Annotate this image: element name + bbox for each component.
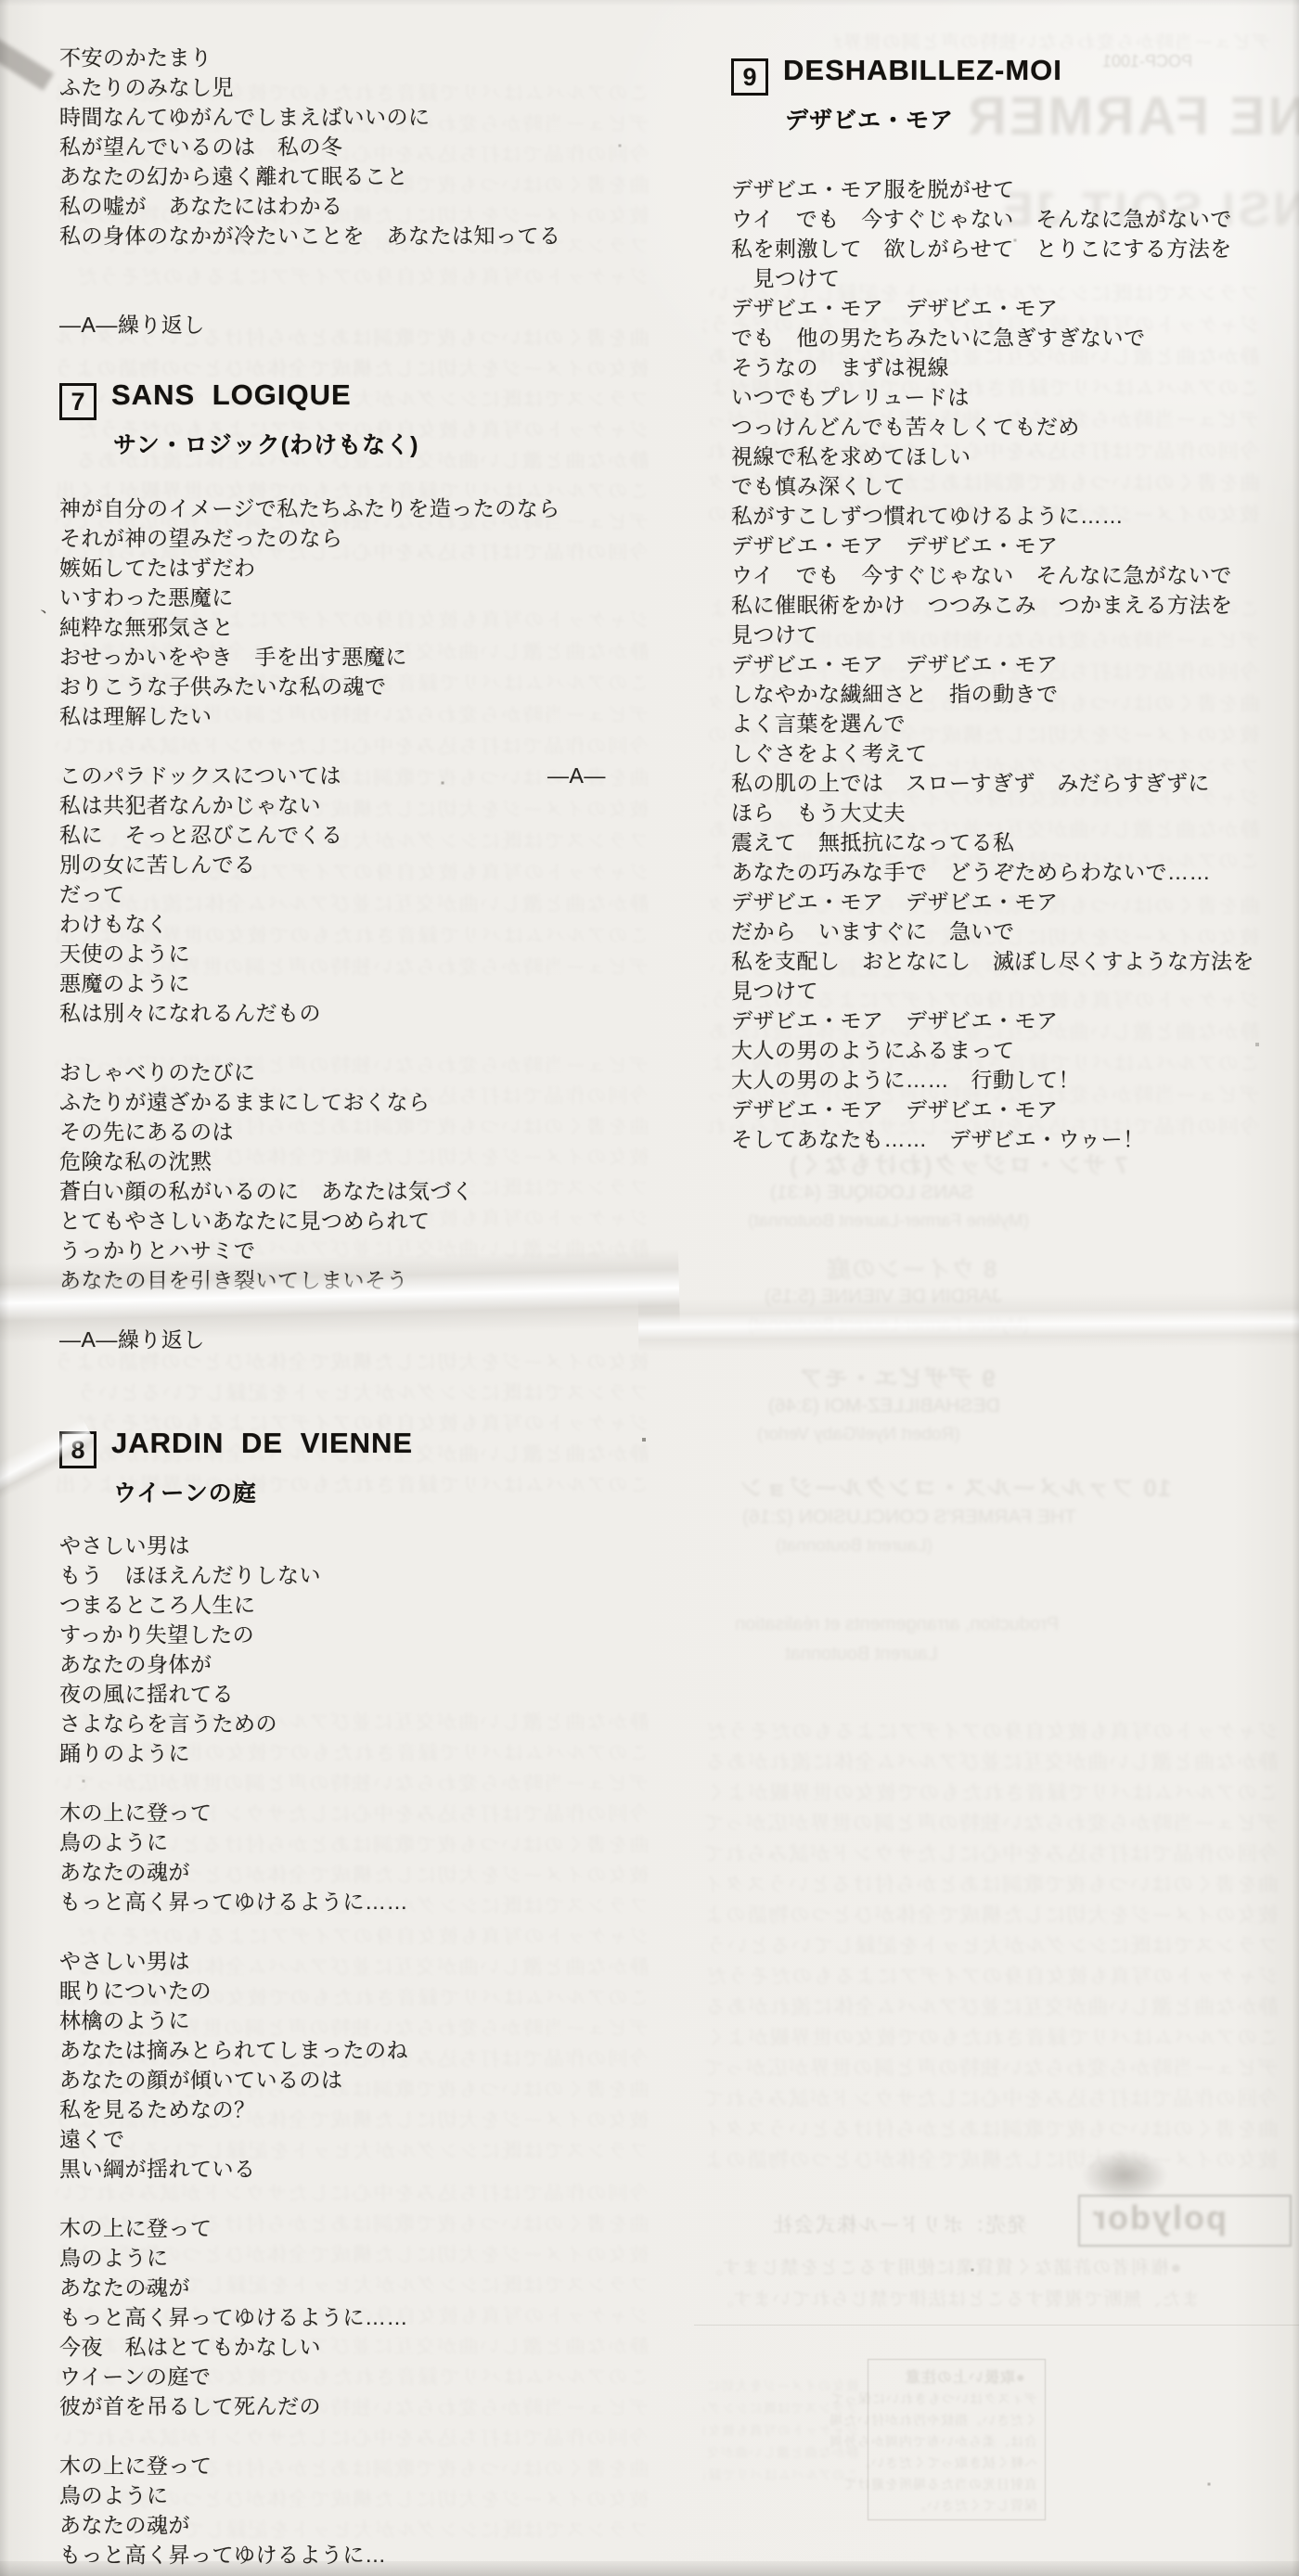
- lyric-line: 彼が首を吊るして死んだの: [59, 2391, 672, 2421]
- lyric-line: [59, 1295, 672, 1325]
- lyric-line: 私の肌の上では スローすぎず みだらすぎずに: [731, 768, 1299, 798]
- lyric-line: もっと高く昇ってゆけるように……: [59, 1887, 672, 1916]
- bleed-illegible-line: 彼女のイメージを大切にした構成で全体がひとつの物語のよう: [703, 1900, 1279, 1930]
- lyric-line: 不安のかたまり: [59, 43, 672, 72]
- lyric-line: 黒い綱が揺れている: [59, 2154, 672, 2184]
- bleed-illegible-line: デビュー当時から変わらない独特の声と詞の世界が広がっていく: [703, 1808, 1279, 1839]
- song-heading: 7SANS LOGIQUEサン・ロジック(わけもなく): [59, 378, 672, 460]
- lyric-line: 蒼白い顔の私がいるのに あなたは気づく: [59, 1176, 672, 1206]
- lyric-line: あなたは摘みとられてしまったのね: [59, 2035, 672, 2065]
- bleed-caution-box-line: ください。指紋や汚れが付いた場: [874, 2411, 1037, 2429]
- bleed-illegible-line: 今回の作品では打ち込みを中心にしたサウンドが試みられている: [703, 2083, 1279, 2114]
- lyric-line: そうなの まずは視線: [731, 352, 1299, 382]
- lyric-line: このパラドックスについては—A—: [59, 761, 672, 790]
- bleed-rule: [694, 2325, 1299, 2326]
- lyric-line: おせっかいをやき 手を出す悪魔に: [59, 642, 672, 672]
- lyric-line: 鳥のように: [59, 2243, 672, 2273]
- lyric-line: デザビエ・モア デザビエ・モア: [731, 1095, 1299, 1124]
- lyric-line: あなたの巧みな手で どうぞためらわないで……: [731, 857, 1299, 887]
- song-title: JARDIN DE VIENNE: [111, 1427, 413, 1459]
- bleed-illegible-line: 彼女のイメージを大切にした構成で全体がひとつの物語のよう: [703, 2145, 1279, 2175]
- lyric-line: 大人の男のように…… 行動して！: [731, 1065, 1299, 1095]
- lyric-line: 見つけて: [731, 263, 1299, 293]
- lyric-line: だって: [59, 879, 672, 909]
- lyric-line: 私を刺激して 欲しがらせて とりこにする方法を: [731, 234, 1299, 263]
- bleed-tracklist-line: (Mylène Farmer-Laurent Boutonnat): [748, 1315, 1029, 1336]
- lyric-line: その先にあるのは: [59, 1117, 672, 1147]
- lyric-line: 震えて 無抵抗になってる私: [731, 827, 1299, 857]
- lyric-line: [59, 2184, 672, 2213]
- lyric-line: 夜の風に揺れてる: [59, 1679, 672, 1709]
- lyric-line: ふたりが遠ざかるままにしておくなら: [59, 1087, 672, 1117]
- bleed-illegible-line: このアルバムはパリで録音されたもので彼女の世界観がよく出ている: [703, 2022, 1279, 2053]
- bleed-illegible-line: 静かな曲と激しい曲が交互に並びアルバム全体に流れがある: [703, 1992, 1279, 2022]
- lyric-line: 私は共犯者なんかじゃない: [59, 790, 672, 820]
- lyric-line: デザビエ・モア デザビエ・モア: [731, 293, 1299, 323]
- lyric-line: 視線で私を求めてほしい: [731, 442, 1299, 471]
- scanned-booklet-page: { "document": { "kind": "scanned lyric b…: [0, 0, 1299, 2576]
- lyric-line: 踊りのように: [59, 1738, 672, 1768]
- bleed-illegible-line: 静かな曲と激しい曲が交互に並びアルバム全体に流れがある: [703, 1747, 1279, 1777]
- lyric-line: そしてあなたも…… デザビエ・ウゥー！: [731, 1124, 1299, 1154]
- bleed-label-logo-box: polydor: [1078, 2195, 1292, 2247]
- song-subtitle: デザビエ・モア: [785, 102, 1299, 135]
- bleed-illegible-line: 曲を書くのはいつも夜で歌詞はあとから付けるというスタイル: [703, 2114, 1279, 2145]
- lyric-line: 私は理解したい: [59, 701, 672, 731]
- scan-edge-left: [0, 0, 9, 2576]
- bleed-illegible-paragraph: ジャケットの写真も彼女自身のアイデアによるものだそうだ静かな曲と激しい曲が交互に…: [703, 1716, 1279, 2175]
- lyric-line: 私の身体のなかが冷たいことを あなたは知ってる: [59, 221, 672, 250]
- paper-crease-top-left: [0, 37, 54, 91]
- bleed-tracklist-line: 10 ファルメールス・コンクルージョン: [739, 1469, 1171, 1504]
- track-number-box: 7: [59, 383, 96, 420]
- lyric-line: 神が自分のイメージで私たちふたりを造ったのなら: [59, 493, 672, 523]
- bleed-label-name: polydor: [1091, 2198, 1227, 2237]
- lyric-line: デザビエ・モア デザビエ・モア: [731, 531, 1299, 560]
- lyric-line: すっかり失望したの: [59, 1620, 672, 1649]
- bleed-caution-box-line: へ軽く拭き取ってください。: [874, 2454, 1037, 2472]
- paper-specks: [0, 0, 2, 2]
- lyric-line: —A—繰り返し: [59, 310, 672, 340]
- lyric-line: しぐさをよく考えて: [731, 738, 1299, 768]
- lyric-line: 眠りについたの: [59, 1976, 672, 2006]
- lyric-line: デザビエ・モア デザビエ・モア: [731, 1006, 1299, 1035]
- lyric-line: あなたの魂が: [59, 1857, 672, 1887]
- bleed-caution-line: ●権利者の許諾なく賃貸業に使用することを禁じます。: [703, 2252, 1181, 2279]
- lyric-line: 私は別々になれるんだもの: [59, 998, 672, 1028]
- bleed-tracklist-line: (Mylène Farmer-Laurent Boutonnat): [748, 1211, 1029, 1232]
- bleed-illegible-line: フランスでは既にシングルが大ヒットを記録しているという: [703, 2397, 859, 2419]
- bleed-caution-box: [868, 2359, 1046, 2520]
- lyric-line: [59, 280, 672, 310]
- lyric-line: あなたの魂が: [59, 2273, 672, 2302]
- lyric-line: デザビエ・モア デザビエ・モア: [731, 887, 1299, 916]
- lyric-line: さよならを言うための: [59, 1709, 672, 1738]
- bleed-tracklist-line: (Laurent Boutonnat): [776, 1536, 932, 1557]
- lyric-line: 私がすこしずつ慣れてゆけるように……: [731, 501, 1299, 531]
- right-lyrics-column: 9DESHABILLEZ-MOIデザビエ・モアデザビエ・モア服を脱がせてウイ で…: [731, 54, 1299, 1154]
- song-heading: 8JARDIN DE VIENNEウイーンの庭: [59, 1427, 672, 1508]
- bleed-illegible-line: このアルバムはパリで録音されたもので彼女の世界観がよく出ている: [703, 2464, 859, 2486]
- bleed-caution-box-line: ディスクはいつもきれいに保って: [874, 2390, 1037, 2408]
- bleed-release-line: 発売：ポリドール株式会社: [772, 2210, 1028, 2238]
- lyric-line: 遠くで: [59, 2124, 672, 2154]
- lyric-line: いつでもプレリュードは: [731, 382, 1299, 412]
- lyric-line: 私が望んでいるのは 私の冬: [59, 132, 672, 161]
- lyric-line: でも 他の男たちみたいに急ぎすぎないで: [731, 323, 1299, 352]
- lyric-line: 別の女に苦しんでる: [59, 850, 672, 879]
- bleed-logo-disc: [1082, 2150, 1167, 2200]
- margin-mark: 、: [36, 590, 58, 618]
- lyric-line: よく言葉を選んで: [731, 709, 1299, 738]
- lyric-line: 天使のように: [59, 939, 672, 968]
- lyric-line: つまるところ人生に: [59, 1590, 672, 1620]
- lyric-line: ウイーンの庭で: [59, 2362, 672, 2391]
- lyric-line: とてもやさしいあなたに見つめられて: [59, 1206, 672, 1236]
- lyric-line: [59, 250, 672, 280]
- paper-crease-right: [638, 1292, 1299, 1352]
- lyric-line: 私の嘘が あなたにはわかる: [59, 191, 672, 221]
- bleed-tracklist-line: (Robert Nyel/Gaby Verlor): [757, 1425, 960, 1445]
- lyric-line: 見つけて: [731, 976, 1299, 1006]
- bleed-illegible-paragraph: 彼女のイメージを大切にした構成で全体がひとつの物語のようフランスでは既にシングル…: [703, 2375, 859, 2486]
- lyric-line: —A—繰り返し: [59, 1325, 672, 1354]
- bleed-tracklist-line: DESHABILLEZ-MOI (3:46): [768, 1395, 1000, 1417]
- lyric-line: やさしい男は: [59, 1531, 672, 1560]
- lyric-line: 鳥のように: [59, 1827, 672, 1857]
- song-subtitle: サン・ロジック(わけもなく): [113, 427, 672, 460]
- bleed-illegible-line: デビュー当時から変わらない独特の声と詞の世界が広がっていく: [835, 32, 1271, 54]
- bleed-illegible-line: デビュー当時から変わらない独特の声と詞の世界が広がっていく: [703, 2053, 1279, 2083]
- lyric-line: ウイ でも 今すぐじゃない そんなに急がないで: [731, 204, 1299, 234]
- lyric-line: 私に催眠術をかけ つつみこみ つかまえる方法を: [731, 590, 1299, 620]
- bleed-illegible-line: 静かな曲と激しい曲が交互に並びアルバム全体に流れがある: [703, 2441, 859, 2464]
- lyric-line: あなたの顔が傾いているのは: [59, 2065, 672, 2095]
- bleed-illegible-line: このアルバムはパリで録音されたもので彼女の世界観がよく出ている: [703, 1777, 1279, 1808]
- lyric-line: あなたの目を引き裂いてしまいそう: [59, 1265, 672, 1295]
- lyric-line: 木の上に登って: [59, 1798, 672, 1827]
- lyric-line: しなやかな繊細さと 指の動きで: [731, 679, 1299, 709]
- lyric-line: あなたの魂が: [59, 2510, 672, 2540]
- bleed-illegible-line: 彼女のイメージを大切にした構成で全体がひとつの物語のよう: [703, 2375, 859, 2397]
- bleed-caution-box-line: 合は、柔らかい布で内周から外周: [874, 2432, 1037, 2451]
- bleed-tracklist-line: Laurent Boutonnat: [785, 1644, 938, 1665]
- lyric-line: 悪魔のように: [59, 968, 672, 998]
- lyric-line: 私を見るためなの？: [59, 2095, 672, 2124]
- bleed-illegible-paragraph: デビュー当時から変わらない独特の声と詞の世界が広がっていく: [835, 32, 1271, 54]
- bleed-caution-box-line: 保管してください。: [874, 2496, 1037, 2515]
- bleed-caution-line: また、無断で複製することは法律で禁じられています。: [714, 2284, 1200, 2311]
- bleed-tracklist-line: JARDIN DE VIENNE (5:15): [765, 1286, 1002, 1308]
- lyric-line: 嫉妬してたはずだわ: [59, 553, 672, 583]
- bleed-illegible-line: ジャケットの写真も彼女自身のアイデアによるものだそうだ: [703, 1961, 1279, 1992]
- song-subtitle: ウイーンの庭: [113, 1475, 672, 1508]
- song-title: DESHABILLEZ-MOI: [783, 54, 1062, 86]
- lyric-line: もっと高く昇ってゆけるように…: [59, 2540, 672, 2570]
- inline-repeat-mark: —A—: [547, 761, 606, 790]
- scan-edge-top: [0, 0, 1299, 6]
- lyric-line: あなたの身体が: [59, 1649, 672, 1679]
- lyric-line: 林檎のように: [59, 2006, 672, 2035]
- bleed-illegible-line: フランスでは既にシングルが大ヒットを記録しているという: [703, 1930, 1279, 1961]
- bleed-tracklist-line: 9 デザビエ・モア: [798, 1360, 996, 1394]
- lyric-line: でも慎み深くして: [731, 471, 1299, 501]
- lyric-line: 危険な私の沈黙: [59, 1147, 672, 1176]
- lyric-line: [59, 1028, 672, 1057]
- lyric-line: わけもなく: [59, 909, 672, 939]
- lyric-line: あなたの幻から遠く離れて眠ること: [59, 161, 672, 191]
- lyric-line: いすわった悪魔に: [59, 583, 672, 612]
- lyric-line: 時間なんてゆがんでしまえばいいのに: [59, 102, 672, 132]
- lyric-line: 今夜 私はとてもかなしい: [59, 2332, 672, 2362]
- lyric-line: [59, 2421, 672, 2451]
- lyric-line: [59, 1916, 672, 1946]
- lyric-line: それが神の望みだったのなら: [59, 523, 672, 553]
- lyric-line: ふたりのみなし児: [59, 72, 672, 102]
- lyric-line: 大人の男のようにふるまって: [731, 1035, 1299, 1065]
- lyric-line: やさしい男は: [59, 1946, 672, 1976]
- lyric-line: おりこうな子供みたいな私の魂で: [59, 672, 672, 701]
- song-heading: 9DESHABILLEZ-MOIデザビエ・モア: [731, 54, 1299, 135]
- lyric-line: [59, 1768, 672, 1798]
- lyric-line: デザビエ・モア デザビエ・モア: [731, 649, 1299, 679]
- bleed-illegible-line: ジャケットの写真も彼女自身のアイデアによるものだそうだ: [703, 1716, 1279, 1747]
- lyric-line: 木の上に登って: [59, 2451, 672, 2480]
- bleed-illegible-line: 今回の作品では打ち込みを中心にしたサウンドが試みられている: [703, 1839, 1279, 1869]
- lyric-line: [59, 731, 672, 761]
- lyric-line: もう ほほえんだりしない: [59, 1560, 672, 1590]
- lyric-line: だから いますぐに 急いで: [731, 916, 1299, 946]
- track-number-box: 8: [59, 1431, 96, 1468]
- lyric-line: 木の上に登って: [59, 2213, 672, 2243]
- lyric-line: 純粋な無邪気さと: [59, 612, 672, 642]
- bleed-tracklist-line: THE FARMER'S CONCLUSION (2:16): [742, 1506, 1076, 1529]
- lyric-line: おしゃべりのたびに: [59, 1057, 672, 1087]
- lyric-line: ウイ でも 今すぐじゃない そんなに急がないで: [731, 560, 1299, 590]
- bleed-caution-box-title: ●取扱い上の注意: [905, 2365, 1025, 2387]
- lyric-line: ほら もう大丈夫: [731, 798, 1299, 827]
- lyric-line: 私に そっと忍びこんでくる: [59, 820, 672, 850]
- bleed-illegible-line: ジャケットの写真も彼女自身のアイデアによるものだそうだ: [703, 2419, 859, 2441]
- song-title: SANS LOGIQUE: [111, 378, 352, 411]
- lyric-line: 見つけて: [731, 620, 1299, 649]
- bleed-tracklist-line: 8 ウイーンの庭: [826, 1250, 997, 1285]
- left-lyrics-column: 不安のかたまりふたりのみなし児時間なんてゆがんでしまえばいいのに私が望んでいるの…: [59, 43, 672, 2570]
- lyric-line: つっけんどんでも苦々しくてもだめ: [731, 412, 1299, 442]
- bleed-tracklist-line: SANS LOGIQUE (4:31): [770, 1182, 973, 1204]
- lyric-line: うっかりとハサミで: [59, 1236, 672, 1265]
- bleed-tracklist-line: Production, arrangements et réalisation: [735, 1614, 1059, 1635]
- track-number-box: 9: [731, 58, 768, 96]
- lyric-line: 鳥のように: [59, 2480, 672, 2510]
- lyric-line: 私を支配し おとなにし 滅ぼし尽くすような方法を: [731, 946, 1299, 976]
- bleed-illegible-line: 曲を書くのはいつも夜で歌詞はあとから付けるというスタイル: [703, 1869, 1279, 1900]
- lyric-line: デザビエ・モア服を脱がせて: [731, 174, 1299, 204]
- lyric-line: もっと高く昇ってゆけるように……: [59, 2302, 672, 2332]
- bleed-caution-box-line: 直射日光の当たる場所を避けて: [874, 2475, 1037, 2493]
